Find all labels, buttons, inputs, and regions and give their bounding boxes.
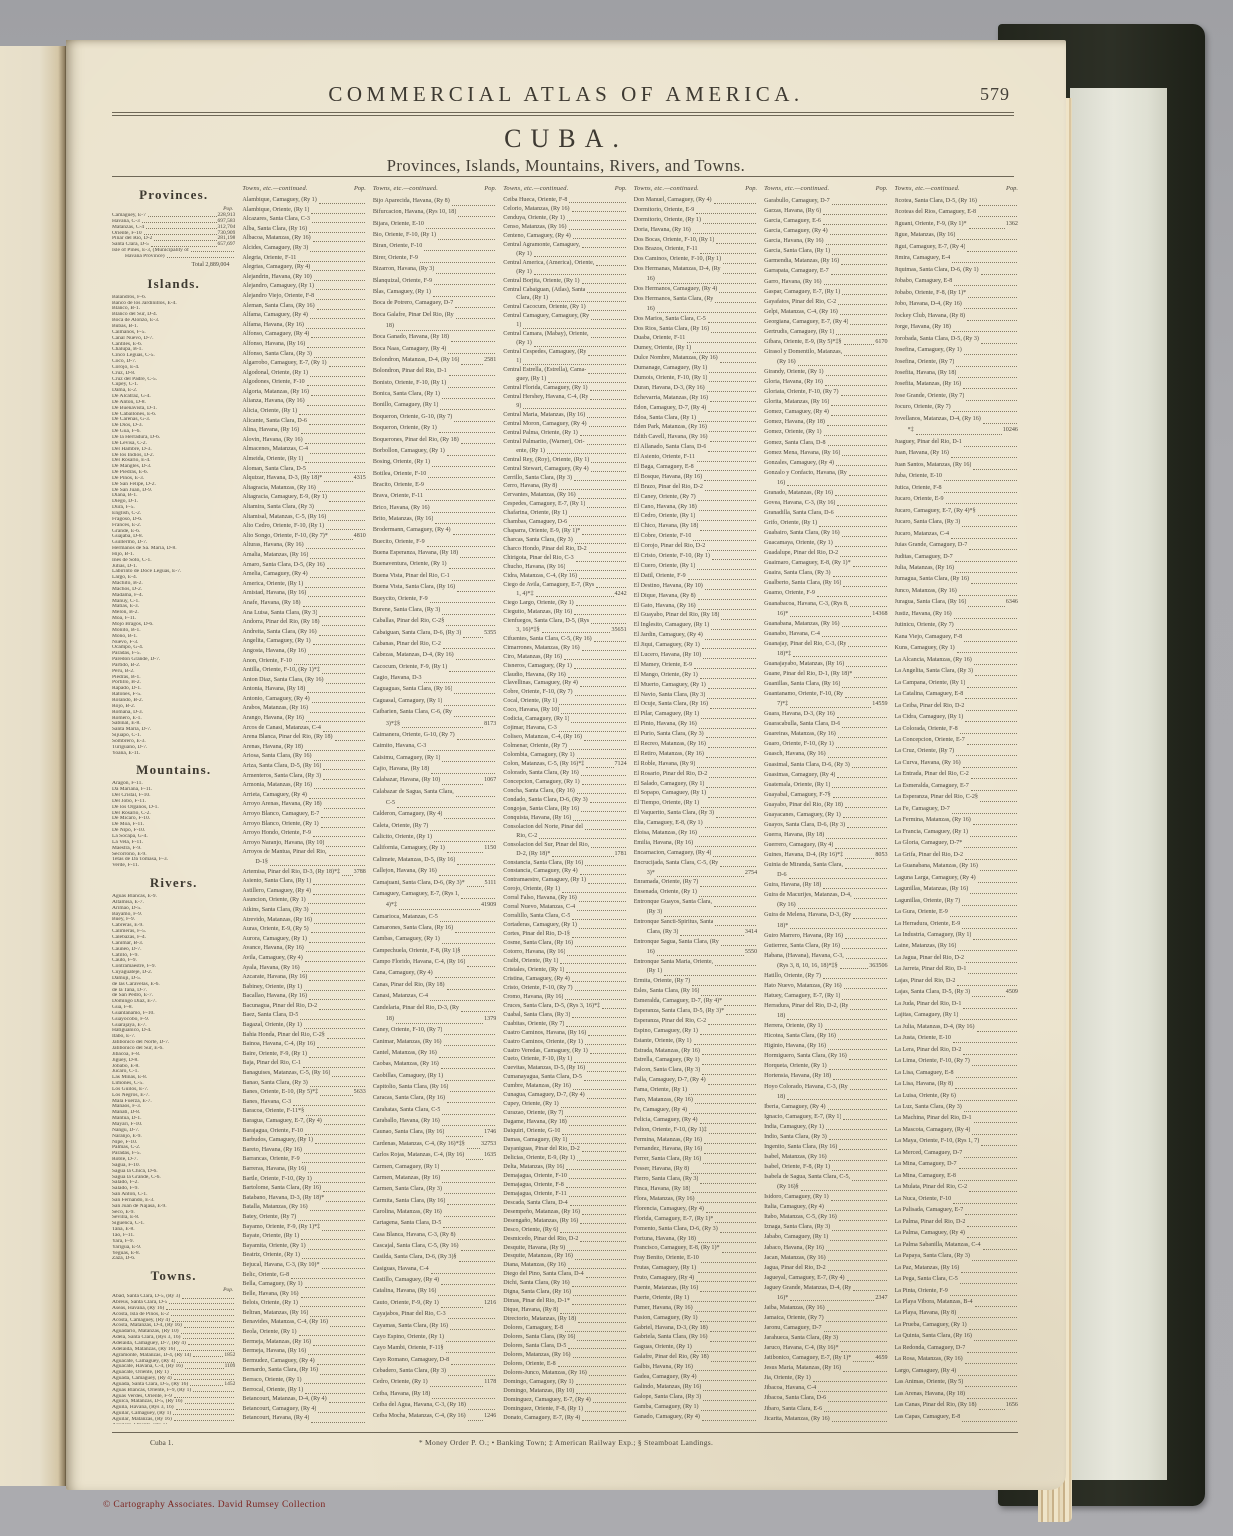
index-entry: Cunagua, Camaguey, D-7, (Ry 4) bbox=[503, 1091, 626, 1100]
index-entry: Ciego Largo, Oriente, (Ry 1) bbox=[503, 599, 626, 608]
index-entry: Alovin, Havana, (Ry 16) bbox=[242, 436, 365, 446]
index-entry: Cuabitas, Oriente, (Ry 7) bbox=[503, 1020, 626, 1029]
index-entry: 18) bbox=[764, 1011, 887, 1021]
index-entry: Cerro, Havana, (Ry 8) bbox=[503, 483, 626, 492]
index-entry: Jicarita, Matanzas, (Ry 16) bbox=[764, 1414, 887, 1424]
index-entry: Girandy, Oriente, (Ry 1) bbox=[764, 367, 887, 377]
index-entry: El Asiento, Oriente, F-11 bbox=[634, 453, 757, 463]
index-entry: Baracoa, Oriente, F-11*§ bbox=[242, 1107, 365, 1117]
index-entry: Brava, Oriente, F-11 bbox=[373, 491, 496, 502]
index-entry: La Mascota, Camaguey, (Ry 4) bbox=[895, 1125, 1018, 1136]
index-entry: Chirigota, Pinar del Rio, C-3 bbox=[503, 554, 626, 563]
index-entry: Camaguey, Camaguey, E-7, (Rys 1, bbox=[373, 889, 496, 900]
index-entry: Bareto, Havana, (Ry 16) bbox=[242, 1146, 365, 1156]
index-entry: Consolacion del Sur, Pinar del Rio, bbox=[503, 841, 626, 850]
index-entry: Duaba, Oriente, F-11 bbox=[634, 334, 757, 344]
index-entry: Alfonso, Santa Clara, (Ry 3) bbox=[242, 350, 365, 360]
index-entry: Guerrero, Camaguey, (Ry 4) bbox=[764, 840, 887, 850]
index-entry: Amaro, Santa Clara, D-5, (Ry 16) bbox=[242, 561, 365, 571]
index-entry: Central Cabaiguan, (Atlas), Santa bbox=[503, 286, 626, 295]
index-entry: La Prueba, Camaguey, (Ry 1) bbox=[895, 1320, 1018, 1331]
index-entry: Batalla, Matanzas, (Ry 16) bbox=[242, 1203, 365, 1213]
index-entry: 18)* bbox=[764, 921, 887, 931]
index-entry: El Gato, Havana, (Ry 16) bbox=[634, 602, 757, 612]
index-entry: Aurora, Camaguey, (Ry 1) bbox=[242, 935, 365, 945]
index-entry: Jesus Maria, Matanzas, (Ry 16) bbox=[764, 1363, 887, 1373]
index-entry: Arroyo Naranjo, Havana, (Ry 10) bbox=[242, 839, 365, 849]
scanned-atlas-photo: { "page": { "header": "COMMERCIAL ATLAS … bbox=[0, 0, 1233, 1536]
index-entry: Guayabo, Pinar del Rio, (Ry 18) bbox=[764, 800, 887, 810]
index-entry: Garrapata, Camaguey, E-7 bbox=[764, 266, 887, 276]
index-entry: Donato, Camaguey, E-7, (Ry 4) bbox=[503, 1414, 626, 1423]
index-entry: Cuatro Caminos, Havana, (Ry 16) bbox=[503, 1029, 626, 1038]
index-entry: Cana, Camaguey, (Ry 4) bbox=[373, 968, 496, 979]
index-entry: Craibi, Oriente, (Ry 1) bbox=[503, 957, 626, 966]
index-entry: Jucaro, Oriente, E-9 bbox=[895, 494, 1018, 505]
index-entry: Cabanas, Pinar del Rio, C-2 bbox=[373, 639, 496, 650]
index-entry: 4)*‡41909 bbox=[373, 900, 496, 911]
index-entry: Domingo, Camaguey, (Ry 1) bbox=[503, 1378, 626, 1387]
index-entry: 3)*2754 bbox=[634, 869, 757, 879]
index-entry: Cayo Espino, Oriente, (Ry 1) bbox=[373, 1332, 496, 1343]
index-entry: 18)*‡ bbox=[764, 649, 887, 659]
index-entry: Bayamita, Oriente, (Ry 1) bbox=[242, 1242, 365, 1252]
index-entry: Colombia, Camaguey, (Ry 1) bbox=[503, 751, 626, 760]
index-entry: El Purio, Santa Clara, (Ry 3) bbox=[634, 730, 757, 740]
index-entry: ente, (Ry 1) bbox=[503, 447, 626, 456]
index-entry: Guabairo, Santa Clara, (Ry 16) bbox=[764, 528, 887, 538]
index-entry: Cayo Mambi, Oriente, F-11§ bbox=[373, 1343, 496, 1354]
index-entry: Banes, Oriente, E-10, (Ry 5)*‡5633 bbox=[242, 1088, 365, 1098]
index-entry: Boqueron, Oriente, (Ry 1) bbox=[373, 423, 496, 434]
index-entry: Alambique, Oriente, (Ry 1) bbox=[242, 206, 365, 216]
index-entry: Armenteros, Santa Clara, (Ry 3) bbox=[242, 772, 365, 782]
index-entry: Daiquiri, Oriente, G-10 bbox=[503, 1127, 626, 1136]
index-entry: Casa Blanca, Havana, C-3, (Ry 8) bbox=[373, 1230, 496, 1241]
index-entry: Amalia, Matanzas, (Ry 16) bbox=[242, 551, 365, 561]
page-number: 579 bbox=[980, 84, 1010, 105]
index-entry: Chucho, Havana, (Ry 16) bbox=[503, 563, 626, 572]
index-entry: Colon, Matanzas, C-5, (Ry 16)*‡7124 bbox=[503, 760, 626, 769]
index-entry: Isabel, Oriente, F-8, (Ry 1) bbox=[764, 1162, 887, 1172]
index-entry: Cosme, Santa Clara, (Ry 16) bbox=[503, 939, 626, 948]
index-entry: Alto Cedro, Oriente, F-10, (Ry 1) bbox=[242, 522, 365, 532]
index-entry: Bijo Aparecida, Havana, (Ry 8) bbox=[373, 196, 496, 207]
index-entry: Caraballo, Havana, (Ry 16) bbox=[373, 1116, 496, 1127]
index-entry: Garabullo, Camaguey, D-7 bbox=[764, 196, 887, 206]
index-entry: La Jarreta, Pinar del Rio, D-1 bbox=[895, 964, 1018, 975]
index-entry: Alina, Havana, (Ry 16) bbox=[242, 426, 365, 436]
index-entry: Guira de Macurijes, Matanzas, D-4, bbox=[764, 890, 887, 900]
index-entry: Hormiguero, Santa Clara, (Ry 16) bbox=[764, 1051, 887, 1061]
index-entry: Caleta, Oriente, (Ry 7) bbox=[373, 821, 496, 832]
index-entry: Bartle, Oriente, F-10, (Ry 1) bbox=[242, 1175, 365, 1185]
index-entry: Cabezas, Matanzas, D-4, (Ry 16) bbox=[373, 650, 496, 661]
index-entry: Alfama, Camaguey, (Ry 4) bbox=[242, 311, 365, 321]
index-entry: Aloman, Santa Clara, D-5 bbox=[242, 465, 365, 475]
index-entry: Desquite, Matanzas, (Ry 16) bbox=[503, 1252, 626, 1261]
index-entry: Juias Grande, Camaguey, D-7 bbox=[895, 540, 1018, 551]
index-entry: Guasimas, Camaguey, (Ry 4) bbox=[764, 770, 887, 780]
index-entry: Bagazal, Oriente, (Ry 1) bbox=[242, 1021, 365, 1031]
index-entry: Garzas, Havana, (Ry 6) bbox=[764, 206, 887, 216]
index-entry: La Gura, Oriente, E-9 bbox=[895, 907, 1018, 918]
index-entry: Caney, Oriente, F-10, (Ry 7) bbox=[373, 1025, 496, 1036]
index-entry: Caguaguas, Santa Clara, (Ry 16) bbox=[373, 684, 496, 695]
index-entry: Guinia de Miranda, Santa Clara, bbox=[764, 860, 887, 870]
index-entry: Almeida, Oriente, (Ry 1) bbox=[242, 455, 365, 465]
index-entry: Jobabo, Oriente, F-8, (Ry 1)* bbox=[895, 288, 1018, 299]
index-entry: Concha, Santa Clara, (Ry 16) bbox=[503, 787, 626, 796]
index-entry: Alambique, Camaguey, (Ry 1) bbox=[242, 196, 365, 206]
index-entry: El Destino, Havana, (Ry 10) bbox=[634, 582, 757, 592]
index-entry: La Paz, Matanzas, (Ry 16) bbox=[895, 1263, 1018, 1274]
index-entry: Garcia, Camaguey, E-6 bbox=[764, 216, 887, 226]
index-entry: Desengaño, Matanzas, (Ry 16) bbox=[503, 1217, 626, 1226]
index-entry: El Mamey, Oriente, E-9 bbox=[634, 661, 757, 671]
endpaper-page bbox=[1070, 88, 1167, 1480]
index-entry: Duran, Havana, D-3, (Ry 16) bbox=[634, 384, 757, 394]
index-entry: Dos Hermanos, Santa Clara, (Ry bbox=[634, 295, 757, 305]
index-column-7: Towns, etc.—continued.Pop.Jicotea, Santa… bbox=[895, 184, 1018, 1424]
index-entry: Entronque Guayos, Santa Clara, bbox=[634, 898, 757, 908]
index-entry: Cayo Romano, Camaguey, D-8 bbox=[373, 1355, 496, 1366]
index-entry: Chaparra, Oriente, E-9, (Ry 1)* bbox=[503, 527, 626, 536]
index-entry: La Pega, Santa Clara, C-5 bbox=[895, 1274, 1018, 1285]
index-entry: Cocal, Oriente, (Ry 1) bbox=[503, 697, 626, 706]
index-entry: Guaro, Oriente, F-10, (Ry 1) bbox=[764, 739, 887, 749]
index-entry: Josefina, Camaguey, (Ry 1) bbox=[895, 345, 1018, 356]
index-entry: El Inglesito, Camaguey, (Ry 1) bbox=[634, 621, 757, 631]
index-entry: 16) bbox=[634, 305, 757, 315]
index-entry: El Salado, Camaguey, (Ry 1) bbox=[634, 780, 757, 790]
index-entry: La Palisada, Camaguey, E-7 bbox=[895, 1205, 1018, 1216]
index-entry: Laguna Larga, Camaguey, (Ry 4) bbox=[895, 873, 1018, 884]
index-entry: Bartolome, Santa Clara, (Ry 16) bbox=[242, 1184, 365, 1194]
index-entry: Garcia, Havana, (Ry 16) bbox=[764, 236, 887, 246]
index-entry: Jorobada, Santa Clara, D-5, (Ry 3) bbox=[895, 334, 1018, 345]
index-entry: Ceiba del Agua, Havana, C-3, (Ry 18) bbox=[373, 1400, 496, 1411]
index-entry: La Palma, Pinar del Rio, D-2 bbox=[895, 1217, 1018, 1228]
index-entry: Dolores, Oriente, E-8 bbox=[503, 1360, 626, 1369]
index-entry: Jaronu, Camaguey, D-7 bbox=[764, 1323, 887, 1333]
index-entry: Estrada, Matanzas, (Ry 16) bbox=[634, 1047, 757, 1057]
index-entry: Claudio, Havana, (Ry 16) bbox=[503, 671, 626, 680]
index-entry: Arroyo Blanco, Camaguey, E-7 bbox=[242, 810, 365, 820]
index-entry: Cobre, Oriente, F-10, (Ry 7) bbox=[503, 688, 626, 697]
index-entry: Echevarria, Matanzas, (Ry 16) bbox=[634, 394, 757, 404]
index-entry: La Redonda, Camaguey, D-7 bbox=[895, 1343, 1018, 1354]
index-entry: *‡10246 bbox=[895, 425, 1018, 436]
index-column-first: Provinces.Pop.Camaguey, E-7228,913Havana… bbox=[112, 184, 235, 1424]
index-entry: (Rys 3, 8, 10, 16, 18)*‡§363506 bbox=[764, 961, 887, 971]
index-entry: Canas, Pinar del Rio, (Ry 18) bbox=[373, 980, 496, 991]
index-columns: Provinces.Pop.Camaguey, E-7228,913Havana… bbox=[112, 184, 1018, 1424]
index-entry: Gonzalo y Confacto, Havana, (Ry bbox=[764, 468, 887, 478]
index-entry: 9) bbox=[503, 402, 626, 411]
index-entry: Esles, Santa Clara, (Ry 16) bbox=[634, 987, 757, 997]
index-entry: Clavellinas, Camaguey, (Ry 4) bbox=[503, 679, 626, 688]
index-entry: Anafe, Havana, (Ry 18) bbox=[242, 599, 365, 609]
index-entry: Azcarate, Havana, (Ry 16) bbox=[242, 973, 365, 983]
index-entry: Altamira, Santa Clara, (Ry 3) bbox=[242, 503, 365, 513]
index-entry: Chafarina, Oriente, (Ry 1) bbox=[503, 509, 626, 518]
index-entry: Gayafatos, Pinar del Rio, C-2 bbox=[764, 297, 887, 307]
index-entry: Barrancas, Oriente, F-9 bbox=[242, 1155, 365, 1165]
index-entry: El Muerto, Camaguey, (Ry 1) bbox=[634, 681, 757, 691]
index-entry: Jimira, Camaguey, E-4 bbox=[895, 253, 1018, 264]
index-entry: Garcia, Camaguey, (Ry 4) bbox=[764, 226, 887, 236]
index-entry: Bifurcacion, Havana, (Rys 10, 18) bbox=[373, 207, 496, 218]
index-entry: Beatriz, Oriente, (Ry 1) bbox=[242, 1251, 365, 1261]
index-entry: Ceiba, Havana, (Ry 18) bbox=[373, 1389, 496, 1400]
index-entry: Boca Ganado, Havana, (Ry 18) bbox=[373, 332, 496, 343]
index-entry: Belic, Oriente, G-8 bbox=[242, 1271, 365, 1281]
index-entry: Cuatro Veredas, Camaguey, (Ry 1) bbox=[503, 1047, 626, 1056]
index-entry: Hatillo, Oriente, (Ry 7) bbox=[764, 971, 887, 981]
index-entry: Amistad, Havana, (Ry 16) bbox=[242, 589, 365, 599]
index-entry: Guaracabulla, Santa Clara, D-6 bbox=[764, 719, 887, 729]
index-entry: Antonia, Havana, (Ry 18) bbox=[242, 685, 365, 695]
index-entry: Corralillo, Santa Clara, C-5 bbox=[503, 912, 626, 921]
index-entry: Alicante, Santa Clara, D-6 bbox=[242, 417, 365, 427]
index-entry: Ingenito, Santa Clara, (Ry 16) bbox=[764, 1142, 887, 1152]
index-entry: Emilia, Havana, (Ry 16) bbox=[634, 839, 757, 849]
index-entry: Garro, Havana, (Ry 16) bbox=[764, 277, 887, 287]
index-entry: La Mulata, Pinar del Rio, C-2 bbox=[895, 1182, 1018, 1193]
index-entry: Bizarron, Havana, (Ry 3) bbox=[373, 264, 496, 275]
index-entry: Cidra, Matanzas, C-4, (Ry 16) bbox=[503, 572, 626, 581]
index-entry: La Curva, Havana, (Ry 16) bbox=[895, 758, 1018, 769]
index-entry: Carmen, Matanzas, (Ry 16) bbox=[373, 1173, 496, 1184]
index-entry: Alicia, Oriente, (Ry 1) bbox=[242, 407, 365, 417]
index-entry: El Jiqui, Camaguey, (Ry 1) bbox=[634, 641, 757, 651]
index-entry: Fray Benito, Oriente, E-10 bbox=[634, 1254, 757, 1264]
index-entry: Jicoteas del Rios, Camaguey, E-8 bbox=[895, 207, 1018, 218]
index-entry: Calicito, Oriente, (Ry 1) bbox=[373, 832, 496, 843]
index-entry: Faro, Matanzas, (Ry 16) bbox=[634, 1096, 757, 1106]
index-entry: Las Animas, Oriente, (Ry 5) bbox=[895, 1377, 1018, 1388]
index-entry: Algodones, Oriente, F-10 bbox=[242, 378, 365, 388]
index-entry: El Chico, Havana, (Ry 18) bbox=[634, 522, 757, 532]
index-entry: Gaspar, Camaguey, E-7, (Ry 1) bbox=[764, 287, 887, 297]
index-entry: Arcos de Canasi, Matanzas, C-4 bbox=[242, 724, 365, 734]
index-entry: Bacunagua, Pinar del Rio, D-2 bbox=[242, 1002, 365, 1012]
index-entry: 1) bbox=[503, 321, 626, 330]
index-entry: Alfama, Havana, (Ry 16) bbox=[242, 321, 365, 331]
index-entry: Ensenada, Oriente, (Ry 1) bbox=[634, 888, 757, 898]
index-entry: Jose Grande, Oriente, (Ry 7) bbox=[895, 391, 1018, 402]
index-entry: Albacoa, Matanzas, (Ry 16) bbox=[242, 234, 365, 244]
index-entry: Cuevitas, Matanzas, D-5, (Ry 16) bbox=[503, 1064, 626, 1073]
index-entry: (Ry 16) bbox=[764, 357, 887, 367]
index-entry: Jibacoa, Havana, C-4 bbox=[764, 1383, 887, 1393]
index-entry: Alejandro, Camaguey, (Ry 1) bbox=[242, 282, 365, 292]
index-column-5: Towns, etc.—continued.Pop.Don Manuel, Ca… bbox=[634, 184, 757, 1424]
index-entry: Carolina, Matanzas, (Ry 16) bbox=[373, 1207, 496, 1218]
index-entry: Algodonal, Oriente, (Ry 1) bbox=[242, 369, 365, 379]
index-entry: Horqueta, Oriente, (Ry 1) bbox=[764, 1061, 887, 1071]
index-entry: Cagio, Havana, D-3 bbox=[373, 673, 496, 684]
index-entry: Cervantes, Matanzas, (Ry 16) bbox=[503, 491, 626, 500]
index-entry: Falla, Camaguey, D-7, (Ry 4) bbox=[634, 1076, 757, 1086]
index-entry: Burene, Santa Clara, (Ry 3) bbox=[373, 605, 496, 616]
index-entry: (Ry 1) bbox=[503, 339, 626, 348]
index-entry: La Grifa, Pinar del Rio, D-2 bbox=[895, 850, 1018, 861]
index-entry: Doria, Havana, (Ry 16) bbox=[634, 226, 757, 236]
index-entry: Jorge, Havana, (Ry 18) bbox=[895, 322, 1018, 333]
index-entry: Capitolio, Santa Clara, (Ry 16) bbox=[373, 1082, 496, 1093]
index-entry: Armonia, Matanzas, (Ry 16) bbox=[242, 781, 365, 791]
index-entry: Babiney, Oriente, (Ry 1) bbox=[242, 983, 365, 993]
index-entry: Isabela de Sagua, Santa Clara, C-5, bbox=[764, 1172, 887, 1182]
index-entry: El Sopapo, Camaguey, (Ry 1) bbox=[634, 789, 757, 799]
index-entry: Alejandrin, Havana, (Ry 10) bbox=[242, 273, 365, 283]
index-entry: Iznaga, Santa Clara, (Ry 3) bbox=[764, 1222, 887, 1232]
index-entry: Jacan, Matanzas, (Ry 16) bbox=[764, 1253, 887, 1263]
index-entry: Guira, Havana, (Ry 18) bbox=[764, 880, 887, 890]
index-entry: Caobas, Matanzas, (Ry 16) bbox=[373, 1059, 496, 1070]
index-entry: La Industria, Camaguey, (Ry 1) bbox=[895, 930, 1018, 941]
index-entry: Dimas, Pinar del Rio, D-1* bbox=[503, 1297, 626, 1306]
index-entry: La Angelita, Santa Clara, (Ry 3) bbox=[895, 666, 1018, 677]
index-entry: Lajas, Santa Clara, D-5, (Ry 3)4509 bbox=[895, 987, 1018, 998]
index-entry: 7)*‡14559 bbox=[764, 699, 887, 709]
index-entry: Cajio, Havana, (Ry 18) bbox=[373, 764, 496, 775]
index-entry: Cumanayagua, Santa Clara, D-5 bbox=[503, 1073, 626, 1082]
index-entry: Amelia, Camaguey, (Ry 4) bbox=[242, 570, 365, 580]
index-entry: Florencia, Camaguey, (Ry 4) bbox=[634, 1205, 757, 1215]
index-entry: Dumois, Oriente, F-10, (Ry 1) bbox=[634, 374, 757, 384]
index-entry: Jia, Oriente, (Ry 1) bbox=[764, 1373, 887, 1383]
index-entry: Constancia, Santa Clara, (Ry 16) bbox=[503, 859, 626, 868]
index-entry: Cardenas, Matanzas, C-4, (Ry 16)*‡§32753 bbox=[373, 1139, 496, 1150]
index-entry: Biran, Oriente, F-10 bbox=[373, 241, 496, 252]
index-entry: La Lera, Pinar del Rio, D-2 bbox=[895, 1045, 1018, 1056]
index-entry: El Caney, Oriente, (Ry 7) bbox=[634, 493, 757, 503]
index-entry: Brico, Havana, (Ry 16) bbox=[373, 503, 496, 514]
index-entry: Bosing, Oriente, (Ry 1) bbox=[373, 457, 496, 468]
index-entry: Fierro, Santa Clara, (Ry 3) bbox=[634, 1175, 757, 1185]
page-title: CUBA. bbox=[66, 124, 1066, 154]
index-entry: Anon, Oriente, F-10 bbox=[242, 657, 365, 667]
index-entry: Juaguey, Pinar del Rio, D-1 bbox=[895, 437, 1018, 448]
index-entry: Digna, Santa Clara, (Ry 16) bbox=[503, 1288, 626, 1297]
index-entry: Jucaro, Camaguey, E-7, (Ry 4)*§ bbox=[895, 506, 1018, 517]
index-entry: Canimar, Matanzas, (Ry 16) bbox=[373, 1037, 496, 1048]
index-entry: Guareiras, Matanzas, (Ry 16) bbox=[764, 729, 887, 739]
index-entry: Berrocal, Oriente, (Ry 1) bbox=[242, 1386, 365, 1396]
index-entry: Ermita, Oriente, (Ry 7) bbox=[634, 977, 757, 987]
index-entry: India, Camaguey, (Ry 1) bbox=[764, 1122, 887, 1132]
index-entry: Dumanage, Camaguey, (Ry 1) bbox=[634, 364, 757, 374]
index-entry: Altagracia, Matanzas, (Ry 16) bbox=[242, 484, 365, 494]
index-entry: Bolondron, Pinar del Rio, D-1 bbox=[373, 366, 496, 377]
index-entry: Desempeño, Matanzas, (Ry 16) bbox=[503, 1208, 626, 1217]
index-entry: Guayacanes, Camaguey, (Ry 1) bbox=[764, 810, 887, 820]
index-entry: Cienfuegos, Santa Clara, D-5, (Rys bbox=[503, 617, 626, 626]
index-entry: Ariosa, Santa Clara, (Ry 16) bbox=[242, 752, 365, 762]
index-entry: Banes, Havana, C-3 bbox=[242, 1098, 365, 1108]
index-entry: Cimarrones, Matanzas, (Ry 16) bbox=[503, 644, 626, 653]
index-entry: Cruces, Santa Clara, D-5, (Rys 3, 16)*‡ bbox=[503, 1002, 626, 1011]
index-entry: El Datil, Oriente, F-9 bbox=[634, 572, 757, 582]
pop-column-label: Pop. bbox=[112, 206, 235, 213]
index-entry: Josefita, Havana, (Ry 18) bbox=[895, 368, 1018, 379]
index-entry: Castillo, Camaguey, (Ry 4) bbox=[373, 1275, 496, 1286]
page-subtitle: Provinces, Islands, Mountains, Rivers, a… bbox=[66, 156, 1066, 176]
index-entry: Canasi, Matanzas, C-4 bbox=[373, 991, 496, 1002]
index-entry: Guacamaya, Oriente, (Ry 1) bbox=[764, 538, 887, 548]
index-entry: Josefita, Matanzas, (Ry 16) bbox=[895, 380, 1018, 391]
index-entry: (Ry 1) bbox=[634, 967, 757, 977]
index-entry: Falcon, Santa Clara, (Ry 3) bbox=[634, 1066, 757, 1076]
index-entry: D-6 bbox=[764, 870, 887, 880]
index-entry: Betancourt, Matanzas, D-4, (Ry 4) bbox=[242, 1395, 365, 1405]
index-entry: Dolores, Santa Clara, (Ry 16) bbox=[503, 1333, 626, 1342]
index-entry: 18) bbox=[373, 321, 496, 332]
index-entry: El Cedro, Oriente, (Ry 1) bbox=[634, 513, 757, 523]
index-entry: Jigui, Camaguey, E-7, (Ry 4) bbox=[895, 242, 1018, 253]
index-entry: Altagracia, Camaguey, E-9, (Ry 1) bbox=[242, 493, 365, 503]
index-entry: La Lima, Oriente, F-10, (Ry 7) bbox=[895, 1056, 1018, 1067]
index-entry: Batabano, Havana, D-3, (Ry 18)* bbox=[242, 1194, 365, 1204]
index-entry: Brodermann, Camaguey, (Ry 4) bbox=[373, 525, 496, 536]
index-entry: La Cruz, Oriente, (Ry 7) bbox=[895, 747, 1018, 758]
index-entry: Govea, Havana, C-3, (Ry 16) bbox=[764, 498, 887, 508]
index-entry: Atrevido, Matanzas, (Ry 16) bbox=[242, 916, 365, 926]
index-entry: La Juda, Pinar del Rio, D-1 bbox=[895, 999, 1018, 1010]
index-entry: Entronque Sagua, Santa Clara, (Ry bbox=[634, 938, 757, 948]
index-entry: Domingo, Matanzas, (Ry 10) bbox=[503, 1387, 626, 1396]
index-entry: Cartagena, Santa Clara, D-5 bbox=[373, 1218, 496, 1229]
index-entry: Avance, Havana, (Ry 16) bbox=[242, 944, 365, 954]
index-entry: Cisneros, Camaguey, (Ry 1) bbox=[503, 662, 626, 671]
index-entry: Galafre, Pinar del Rio, (Ry 18) bbox=[634, 1353, 757, 1363]
index-entry: El Allanado, Santa Clara, D-6 bbox=[634, 443, 757, 453]
index-entry: Dos Bocas, Oriente, F-10, (Ry 1) bbox=[634, 236, 757, 246]
index-entry: Central Hershey, Havana, C-4, (Ry bbox=[503, 393, 626, 402]
index-entry: Carmita, Santa Clara, (Ry 16) bbox=[373, 1196, 496, 1207]
index-entry: Indio, Santa Clara, (Ry 3) bbox=[764, 1132, 887, 1142]
index-entry: Las Canas, Pinar del Rio, (Ry 18)1656 bbox=[895, 1400, 1018, 1411]
index-entry: Cuatro Caminos, Oriente, (Ry 1) bbox=[503, 1038, 626, 1047]
index-entry: Bolondron, Matanzas, D-4, (Ry 16)2581 bbox=[373, 355, 496, 366]
index-entry: Guanajay, Pinar del Rio, C-3, (Ry bbox=[764, 639, 887, 649]
index-entry: Contramaestre, Camaguey, (Ry 1) bbox=[503, 876, 626, 885]
index-entry: Casiguas, Havana, C-4 bbox=[373, 1264, 496, 1275]
running-header: COMMERCIAL ATLAS OF AMERICA. 579 bbox=[116, 82, 1016, 107]
index-entry: Las Capas, Camaguey, E-8 bbox=[895, 1412, 1018, 1423]
index-entry: Juba, Oriente, E-10 bbox=[895, 471, 1018, 482]
index-entry: Glorita, Matanzas, (Ry 16) bbox=[764, 397, 887, 407]
index-entry: Cifuentes, Santa Clara, C-5, (Ry 16) bbox=[503, 635, 626, 644]
index-entry: Cristina, Camaguey, (Ry 4) bbox=[503, 975, 626, 984]
column-header: Towns, etc.—continued.Pop. bbox=[242, 184, 365, 196]
index-entry: Camajuani, Santa Clara, D-6, (Ry 3)*5111 bbox=[373, 878, 496, 889]
index-entry: Gutierrez, Santa Clara, (Ry 16) bbox=[764, 941, 887, 951]
index-entry: Calderon, Camaguey, (Ry 4) bbox=[373, 809, 496, 820]
index-entry: Concepcion, Camaguey, (Ry 1) bbox=[503, 778, 626, 787]
index-entry: Rio, C-2 bbox=[503, 832, 626, 841]
index-entry: Alfonso, Camaguey, (Ry 4) bbox=[242, 330, 365, 340]
index-entry: Ceiba Mocha, Matanzas, C-4, (Ry 16)1246 bbox=[373, 1411, 496, 1422]
index-entry: Laine, Matanzas, (Ry 16) bbox=[895, 941, 1018, 952]
index-entry: Cabaiguan, Santa Clara, D-6, (Ry 3)5355 bbox=[373, 628, 496, 639]
index-entry: Banaguises, Matanzas, C-5, (Ry 16) bbox=[242, 1069, 365, 1079]
atlas-page: COMMERCIAL ATLAS OF AMERICA. 579 CUBA. P… bbox=[66, 40, 1066, 1490]
index-entry: Alquizar, Havana, D-3, (Ry 18)*4315 bbox=[242, 474, 365, 484]
